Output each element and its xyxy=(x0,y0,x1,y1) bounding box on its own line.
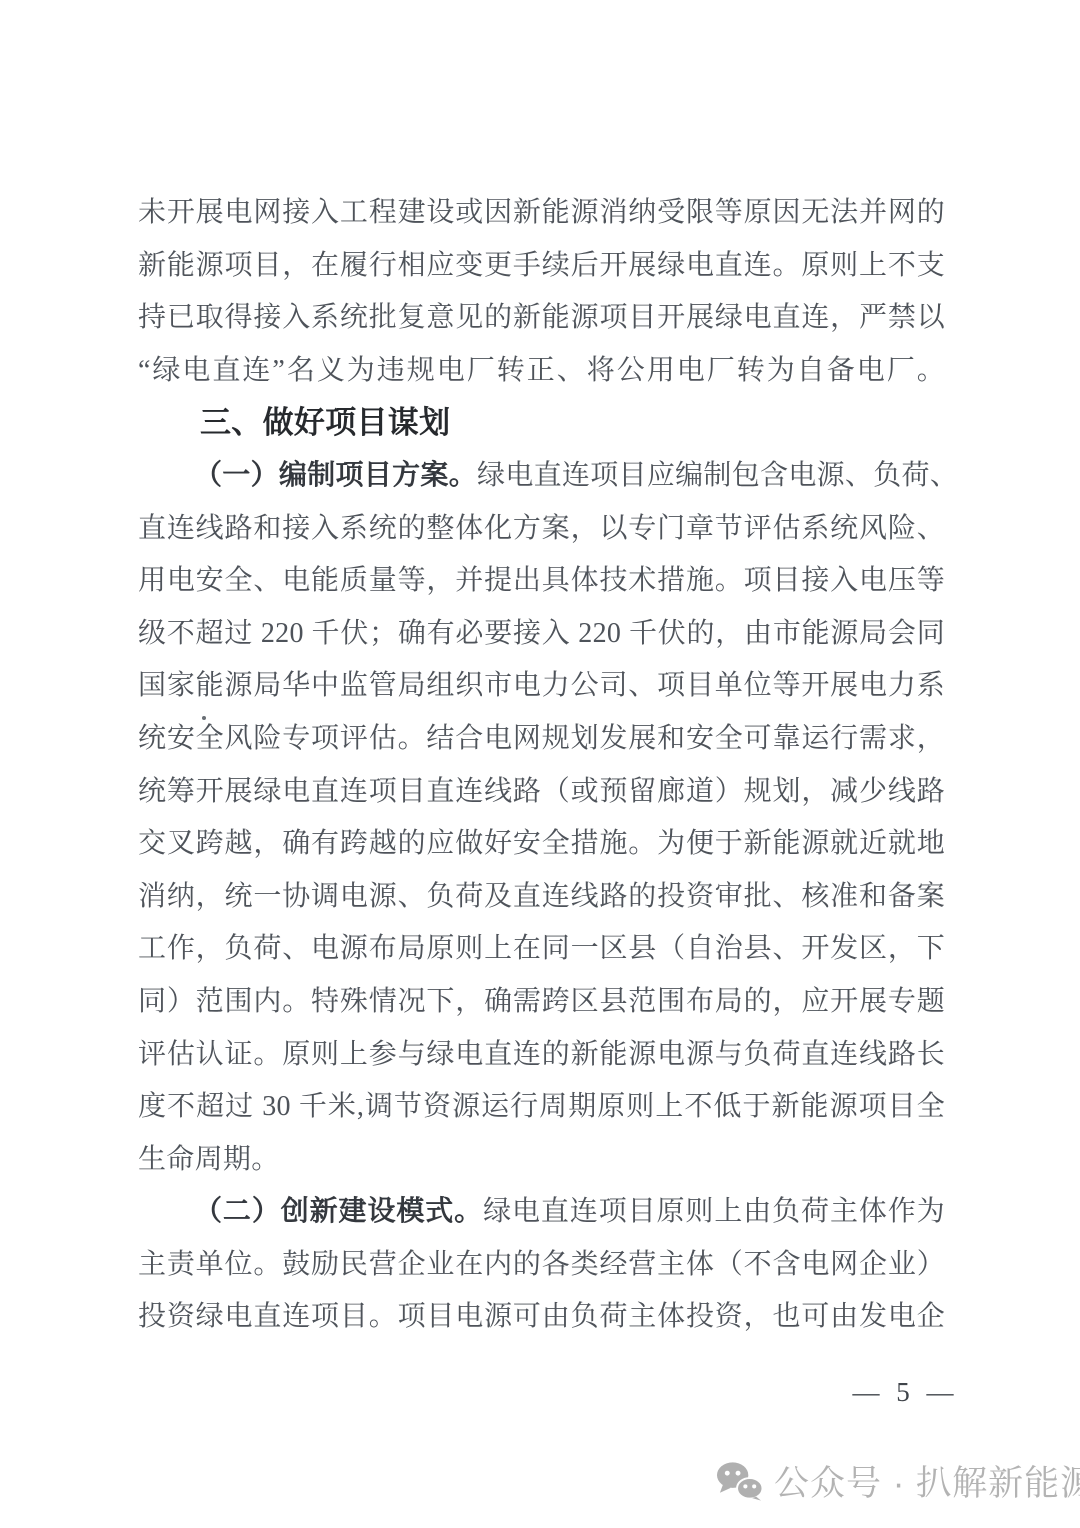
line-text: 统筹开展绿电直连项目直连线路（或预留廊道）规划，减少线路 xyxy=(138,776,945,807)
text-line: （二）创新建设模式。绿电直连项目原则上由负荷主体作为 xyxy=(138,1186,945,1239)
text-line: 新能源项目，在履行相应变更手续后开展绿电直连。原则上不支 xyxy=(138,240,945,293)
line-text: 直连线路和接入系统的整体化方案，以专门章节评估系统风险、 xyxy=(138,513,945,544)
text-line: 度不超过 30 千米,调节资源运行周期原则上不低于新能源项目全 xyxy=(138,1081,945,1134)
line-text: 绿电直连项目原则上由负荷主体作为 xyxy=(483,1196,945,1227)
text-line: 主责单位。鼓励民营企业在内的各类经营主体（不含电网企业） xyxy=(138,1239,945,1292)
line-text: 未开展电网接入工程建设或因新能源消纳受限等原因无法并网的 xyxy=(138,197,945,228)
line-text: 投资绿电直连项目。项目电源可由负荷主体投资，也可由发电企 xyxy=(138,1301,945,1332)
line-text: “绿电直连”名义为违规电厂转正、将公用电厂转为自备电厂。 xyxy=(138,355,945,386)
line-text: 工作，负荷、电源布局原则上在同一区县（自治县、开发区，下 xyxy=(138,933,945,964)
line-text: 持已取得接入系统批复意见的新能源项目开展绿电直连，严禁以 xyxy=(138,302,945,333)
text-line: 投资绿电直连项目。项目电源可由负荷主体投资，也可由发电企 xyxy=(138,1291,945,1344)
page-number: — 5 — xyxy=(843,1374,963,1410)
line-text: 同）范围内。特殊情况下，确需跨区县范围布局的，应开展专题 xyxy=(138,986,945,1017)
line-text: 消纳，统一协调电源、负荷及直连线路的投资审批、核准和备案 xyxy=(138,881,945,912)
line-text: 国家能源局华中监管局组织市电力公司、项目单位等开展电力系 xyxy=(138,670,945,701)
line-text: 统安全风险专项评估。结合电网规划发展和安全可靠运行需求， xyxy=(138,723,945,754)
watermark: 公众号 · 扒解新能源 xyxy=(716,1458,1080,1504)
document-page: 未开展电网接入工程建设或因新能源消纳受限等原因无法并网的新能源项目，在履行相应变… xyxy=(0,0,1080,1528)
line-text: 度不超过 30 千米,调节资源运行周期原则上不低于新能源项目全 xyxy=(138,1091,945,1122)
text-line: （一）编制项目方案。绿电直连项目应编制包含电源、负荷、 xyxy=(138,450,945,503)
text-line: 生命周期。 xyxy=(138,1134,945,1187)
text-line: 消纳，统一协调电源、负荷及直连线路的投资审批、核准和备案 xyxy=(138,871,945,924)
text-line: 用电安全、电能质量等，并提出具体技术措施。项目接入电压等 xyxy=(138,555,945,608)
line-text: 三、做好项目谋划 xyxy=(200,405,450,440)
text-line: 统筹开展绿电直连项目直连线路（或预留廊道）规划，减少线路 xyxy=(138,766,945,819)
wechat-icon xyxy=(716,1461,763,1501)
text-line: 持已取得接入系统批复意见的新能源项目开展绿电直连，严禁以 xyxy=(138,292,945,345)
text-line: 工作，负荷、电源布局原则上在同一区县（自治县、开发区，下 xyxy=(138,923,945,976)
text-line: 级不超过 220 千伏；确有必要接入 220 千伏的，由市能源局会同 xyxy=(138,608,945,661)
text-line: 同）范围内。特殊情况下，确需跨区县范围布局的，应开展专题 xyxy=(138,976,945,1029)
line-text: 主责单位。鼓励民营企业在内的各类经营主体（不含电网企业） xyxy=(138,1249,945,1280)
document-body: 未开展电网接入工程建设或因新能源消纳受限等原因无法并网的新能源项目，在履行相应变… xyxy=(138,187,945,1344)
line-text: 新能源项目，在履行相应变更手续后开展绿电直连。原则上不支 xyxy=(138,250,945,281)
text-line: 统安全风险专项评估。结合电网规划发展和安全可靠运行需求， xyxy=(138,713,945,766)
paragraph-lead-bold: （一）编制项目方案。 xyxy=(194,460,477,491)
text-line: “绿电直连”名义为违规电厂转正、将公用电厂转为自备电厂。 xyxy=(138,345,945,398)
section-heading: 三、做好项目谋划 xyxy=(138,397,945,450)
line-text: 评估认证。原则上参与绿电直连的新能源电源与负荷直连线路长 xyxy=(138,1039,945,1070)
line-text: 用电安全、电能质量等，并提出具体技术措施。项目接入电压等 xyxy=(138,565,945,596)
text-line: 国家能源局华中监管局组织市电力公司、项目单位等开展电力系 xyxy=(138,660,945,713)
text-line: 直连线路和接入系统的整体化方案，以专门章节评估系统风险、 xyxy=(138,503,945,556)
paragraph-lead-bold: （二）创新建设模式。 xyxy=(194,1196,483,1227)
text-line: 未开展电网接入工程建设或因新能源消纳受限等原因无法并网的 xyxy=(138,187,945,240)
text-line: 评估认证。原则上参与绿电直连的新能源电源与负荷直连线路长 xyxy=(138,1029,945,1082)
line-text: 级不超过 220 千伏；确有必要接入 220 千伏的，由市能源局会同 xyxy=(138,618,945,649)
line-text: 生命周期。 xyxy=(138,1144,280,1175)
line-text: 交叉跨越，确有跨越的应做好安全措施。为便于新能源就近就地 xyxy=(138,828,945,859)
line-text: 绿电直连项目应编制包含电源、负荷、 xyxy=(477,460,958,491)
watermark-text: 公众号 · 扒解新能源 xyxy=(774,1456,1080,1506)
text-line: 交叉跨越，确有跨越的应做好安全措施。为便于新能源就近就地 xyxy=(138,818,945,871)
scan-speck xyxy=(202,716,206,720)
